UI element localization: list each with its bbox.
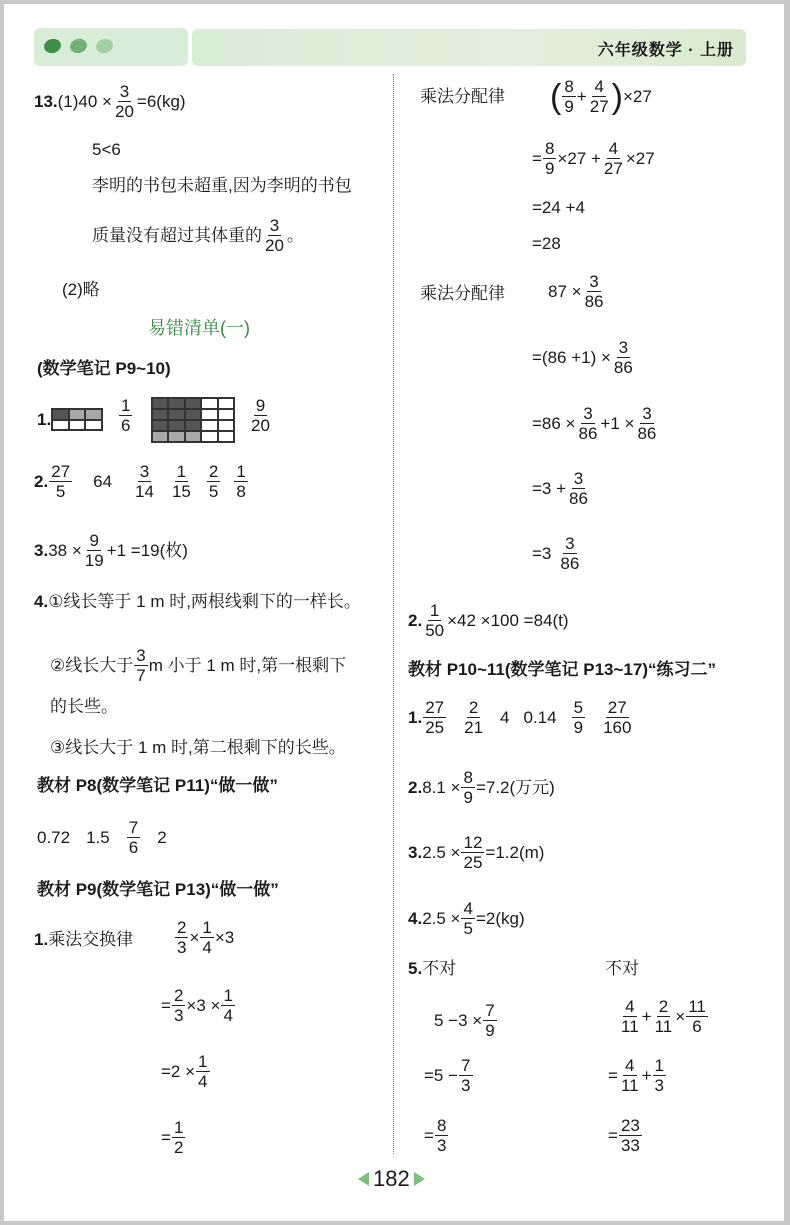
question-number: 1. [34, 930, 48, 950]
q13-line1: 李明的书包未超重,因为李明的书包 [92, 176, 352, 196]
section-title: 易错清单(一) [148, 318, 250, 338]
expr-text: (1)40 × [58, 92, 112, 112]
expr-text: =3 + [532, 479, 566, 499]
value: 1.5 [86, 828, 110, 848]
fraction: 116 [686, 997, 708, 1036]
verdict: 不对 [422, 959, 456, 979]
fraction: 18 [234, 462, 247, 501]
distributive-2-step3: =3 + 386 [532, 469, 591, 508]
header-right-band: 六年级数学 · 上册 [192, 29, 746, 66]
section-subtitle: (数学笔记 P9~10) [37, 359, 171, 379]
fraction: 27160 [601, 698, 633, 737]
fraction: 23 [175, 918, 188, 957]
exercise2-q5-left-verdict: 5. 不对 [408, 959, 456, 979]
text: 。 [287, 226, 304, 246]
fraction: 221 [462, 698, 485, 737]
distributive-label-1: 乘法分配律 [420, 87, 505, 107]
expr-text: =5 − [424, 1066, 458, 1086]
expr-text: 38 × [48, 541, 82, 561]
arrow-right-icon [414, 1172, 425, 1186]
expr-text: ×27 + [557, 149, 601, 169]
book-title: 六年级数学 · 上册 [598, 37, 734, 60]
fraction: 16 [119, 396, 132, 435]
fraction: 314 [133, 462, 156, 501]
expr-text: = [532, 149, 542, 169]
q5-right-step1: = 411 + 13 [608, 1056, 667, 1095]
text: m 小于 1 m 时,第一根剩下 [149, 656, 346, 676]
fraction: 14 [200, 918, 213, 957]
q13-part2: (2)略 [62, 280, 100, 300]
fraction: 919 [83, 531, 106, 570]
q5-left-step1: =5 − 73 [424, 1056, 474, 1095]
exercise2-q1: 1. 2725 221 4 0.14 59 27160 [408, 698, 634, 737]
q5-right-expr: 411 + 211 × 116 [618, 997, 709, 1036]
exercise2-q2: 2. 8.1 × 89 =7.2(万元) [408, 768, 555, 807]
fraction: 386 [635, 404, 658, 443]
question-number: 2. [408, 778, 422, 798]
expr-text: = [161, 996, 171, 1016]
fraction: 79 [483, 1001, 496, 1040]
right-q2: 2. 150 ×42 ×100 =84(t) [408, 601, 569, 640]
distributive-2-step1: =(86 +1) × 386 [532, 338, 636, 377]
fraction: 411 [619, 1056, 641, 1095]
distributive-2-step2: =86 × 386 +1 × 386 [532, 404, 659, 443]
fraction: 25 [207, 462, 220, 501]
commutative-label: 1. 乘法交换律 [34, 930, 133, 950]
expr-text: =3 [532, 544, 551, 564]
fraction: 37 [134, 646, 147, 685]
value: 64 [93, 472, 112, 492]
q4-line2: ②线长大于 37 m 小于 1 m 时,第一根剩下 [50, 646, 346, 685]
fraction: 89 [461, 768, 474, 807]
green-dot-icon [42, 37, 63, 56]
question-number: 1. [408, 708, 422, 728]
expr-text: 5 −3 × [434, 1011, 482, 1031]
q4-line4: ③线长大于 1 m 时,第二根剩下的长些。 [50, 738, 346, 758]
text: ②线长大于 [50, 656, 133, 676]
expr-text: 87 × [548, 282, 582, 302]
operator: × [189, 928, 199, 948]
value: 2 [157, 828, 166, 848]
q1-answer-a: 16 [118, 396, 133, 435]
expr-text: ×3 [215, 928, 234, 948]
q4-line3: 的长些。 [50, 697, 118, 717]
distributive-label-2: 乘法分配律 [420, 284, 505, 304]
expr-text: =7.2(万元) [476, 778, 555, 798]
distributive-1-step2: =24 +4 [532, 198, 585, 218]
page-number: 182 [358, 1166, 425, 1192]
fraction: 2333 [619, 1116, 642, 1155]
fraction: 411 [619, 997, 641, 1036]
fraction: 386 [612, 338, 635, 377]
exercise2-q4: 4. 2.5 × 45 =2(kg) [408, 899, 525, 938]
fraction: 45 [461, 899, 474, 938]
paren: ) [612, 82, 623, 112]
expr-text: = [608, 1126, 618, 1146]
operator: + [642, 1007, 652, 1027]
fraction: 275 [49, 462, 72, 501]
commutative-step1: = 23 ×3 × 14 [161, 986, 236, 1025]
fraction: 115 [170, 462, 193, 501]
green-dot-icon [68, 37, 89, 56]
fraction: 320 [113, 82, 136, 121]
exercise2-q5-right-verdict: 不对 [605, 959, 639, 979]
question-number: 2. [408, 611, 422, 631]
expr-text: ×27 [626, 149, 655, 169]
expr-text: =1.2(m) [485, 843, 544, 863]
expr-text: 2.5 × [422, 843, 460, 863]
question-number: 13. [34, 92, 58, 112]
fraction: 320 [263, 216, 286, 255]
expr-text: = [424, 1126, 434, 1146]
q5-right-step2: = 2333 [608, 1116, 643, 1155]
expr-text: ×27 [623, 87, 652, 107]
distributive-expr-1: ( 89 + 427 ) ×27 [550, 77, 652, 116]
q5-left-expr: 5 −3 × 79 [434, 1001, 498, 1040]
fraction: 920 [249, 396, 272, 435]
q3: 3. 38 × 919 +1 =19(枚) [34, 531, 188, 570]
operator: × [675, 1007, 685, 1027]
value: 0.72 [37, 828, 70, 848]
expr-text: 8.1 × [422, 778, 460, 798]
expr-text: =86 × [532, 414, 576, 434]
expr-text: = [608, 1066, 618, 1086]
question-number: 4. [408, 909, 422, 929]
commutative-step3: = 12 [161, 1118, 186, 1157]
paren: ( [550, 82, 561, 112]
fraction: 89 [562, 77, 575, 116]
textbook-page: 六年级数学 · 上册 13. (1)40 × 320 =6(kg) 5<6 李明… [4, 4, 784, 1221]
textbook-p8-heading: 教材 P8(数学笔记 P11)“做一做” [37, 776, 278, 796]
expr-text: =6(kg) [137, 92, 186, 112]
fraction: 386 [567, 469, 590, 508]
expr-text: =(86 +1) × [532, 348, 611, 368]
q1-answer-b: 920 [248, 396, 273, 435]
fraction: 2725 [423, 698, 446, 737]
textbook-p9-heading: 教材 P9(数学笔记 P13)“做一做” [37, 880, 279, 900]
fraction: 14 [221, 986, 234, 1025]
fraction: 73 [459, 1056, 472, 1095]
fraction: 386 [577, 404, 600, 443]
q4-line1: 4. ①线长等于 1 m 时,两根线剩下的一样长。 [34, 592, 361, 612]
law-name: 乘法交换律 [48, 930, 133, 950]
column-divider [393, 74, 394, 1154]
expr-text: =2(kg) [476, 909, 525, 929]
exercise2-heading: 教材 P10~11(数学笔记 P13~17)“练习二” [408, 660, 716, 680]
distributive-2-step4: =3 386 [532, 534, 582, 573]
fraction: 12 [172, 1118, 185, 1157]
distributive-1-step1: = 89 ×27 + 427 ×27 [532, 139, 655, 178]
expr-text: +1 × [600, 414, 634, 434]
q13-line2: 质量没有超过其体重的 320 。 [92, 216, 304, 255]
fraction: 427 [602, 139, 625, 178]
fraction: 23 [172, 986, 185, 1025]
expr-text: +1 =19(枚) [107, 541, 188, 561]
question-number: 5. [408, 959, 422, 979]
expr-text: =2 × [161, 1062, 195, 1082]
distributive-expr-2: 87 × 386 [548, 272, 606, 311]
fraction: 83 [435, 1116, 448, 1155]
fraction: 211 [653, 997, 675, 1036]
fraction: 14 [196, 1052, 209, 1091]
q13-part1: 13. (1)40 × 320 =6(kg) [34, 82, 186, 121]
distributive-1-step3: =28 [532, 234, 561, 254]
commutative-step2: =2 × 14 [161, 1052, 211, 1091]
fraction: 76 [127, 818, 140, 857]
fraction: 1225 [461, 833, 484, 872]
question-number: 4. [34, 592, 48, 612]
commutative-expr: 23 × 14 ×3 [174, 918, 234, 957]
fraction: 89 [543, 139, 556, 178]
green-dot-icon [94, 37, 115, 56]
header-left-band [34, 28, 188, 66]
fraction: 386 [558, 534, 581, 573]
value: 4 [500, 708, 509, 728]
textbook-p8-answers: 0.72 1.5 76 2 [37, 818, 167, 857]
text: 质量没有超过其体重的 [92, 226, 262, 246]
page-number-text: 182 [373, 1166, 410, 1192]
question-number: 3. [408, 843, 422, 863]
fraction: 386 [583, 272, 606, 311]
question-number: 1. [37, 410, 51, 430]
expr-text: 2.5 × [422, 909, 460, 929]
fraction-grid-large [151, 397, 235, 443]
expr-text: ×42 ×100 =84(t) [447, 611, 568, 631]
expr-text: ×3 × [186, 996, 220, 1016]
q2-answers: 2. 275 64 314 115 25 18 [34, 462, 249, 501]
operator: + [577, 87, 587, 107]
operator: + [642, 1066, 652, 1086]
fraction: 427 [588, 77, 611, 116]
value: 0.14 [524, 708, 557, 728]
fraction: 150 [423, 601, 446, 640]
question-number: 2. [34, 472, 48, 492]
text: ①线长等于 1 m 时,两根线剩下的一样长。 [48, 592, 361, 612]
exercise2-q3: 3. 2.5 × 1225 =1.2(m) [408, 833, 544, 872]
fraction: 59 [572, 698, 585, 737]
q13-compare: 5<6 [92, 140, 121, 160]
fraction: 13 [653, 1056, 666, 1095]
q5-left-step2: = 83 [424, 1116, 449, 1155]
question-number: 3. [34, 541, 48, 561]
arrow-left-icon [358, 1172, 369, 1186]
fraction-grid-small [51, 408, 103, 431]
expr-text: = [161, 1128, 171, 1148]
